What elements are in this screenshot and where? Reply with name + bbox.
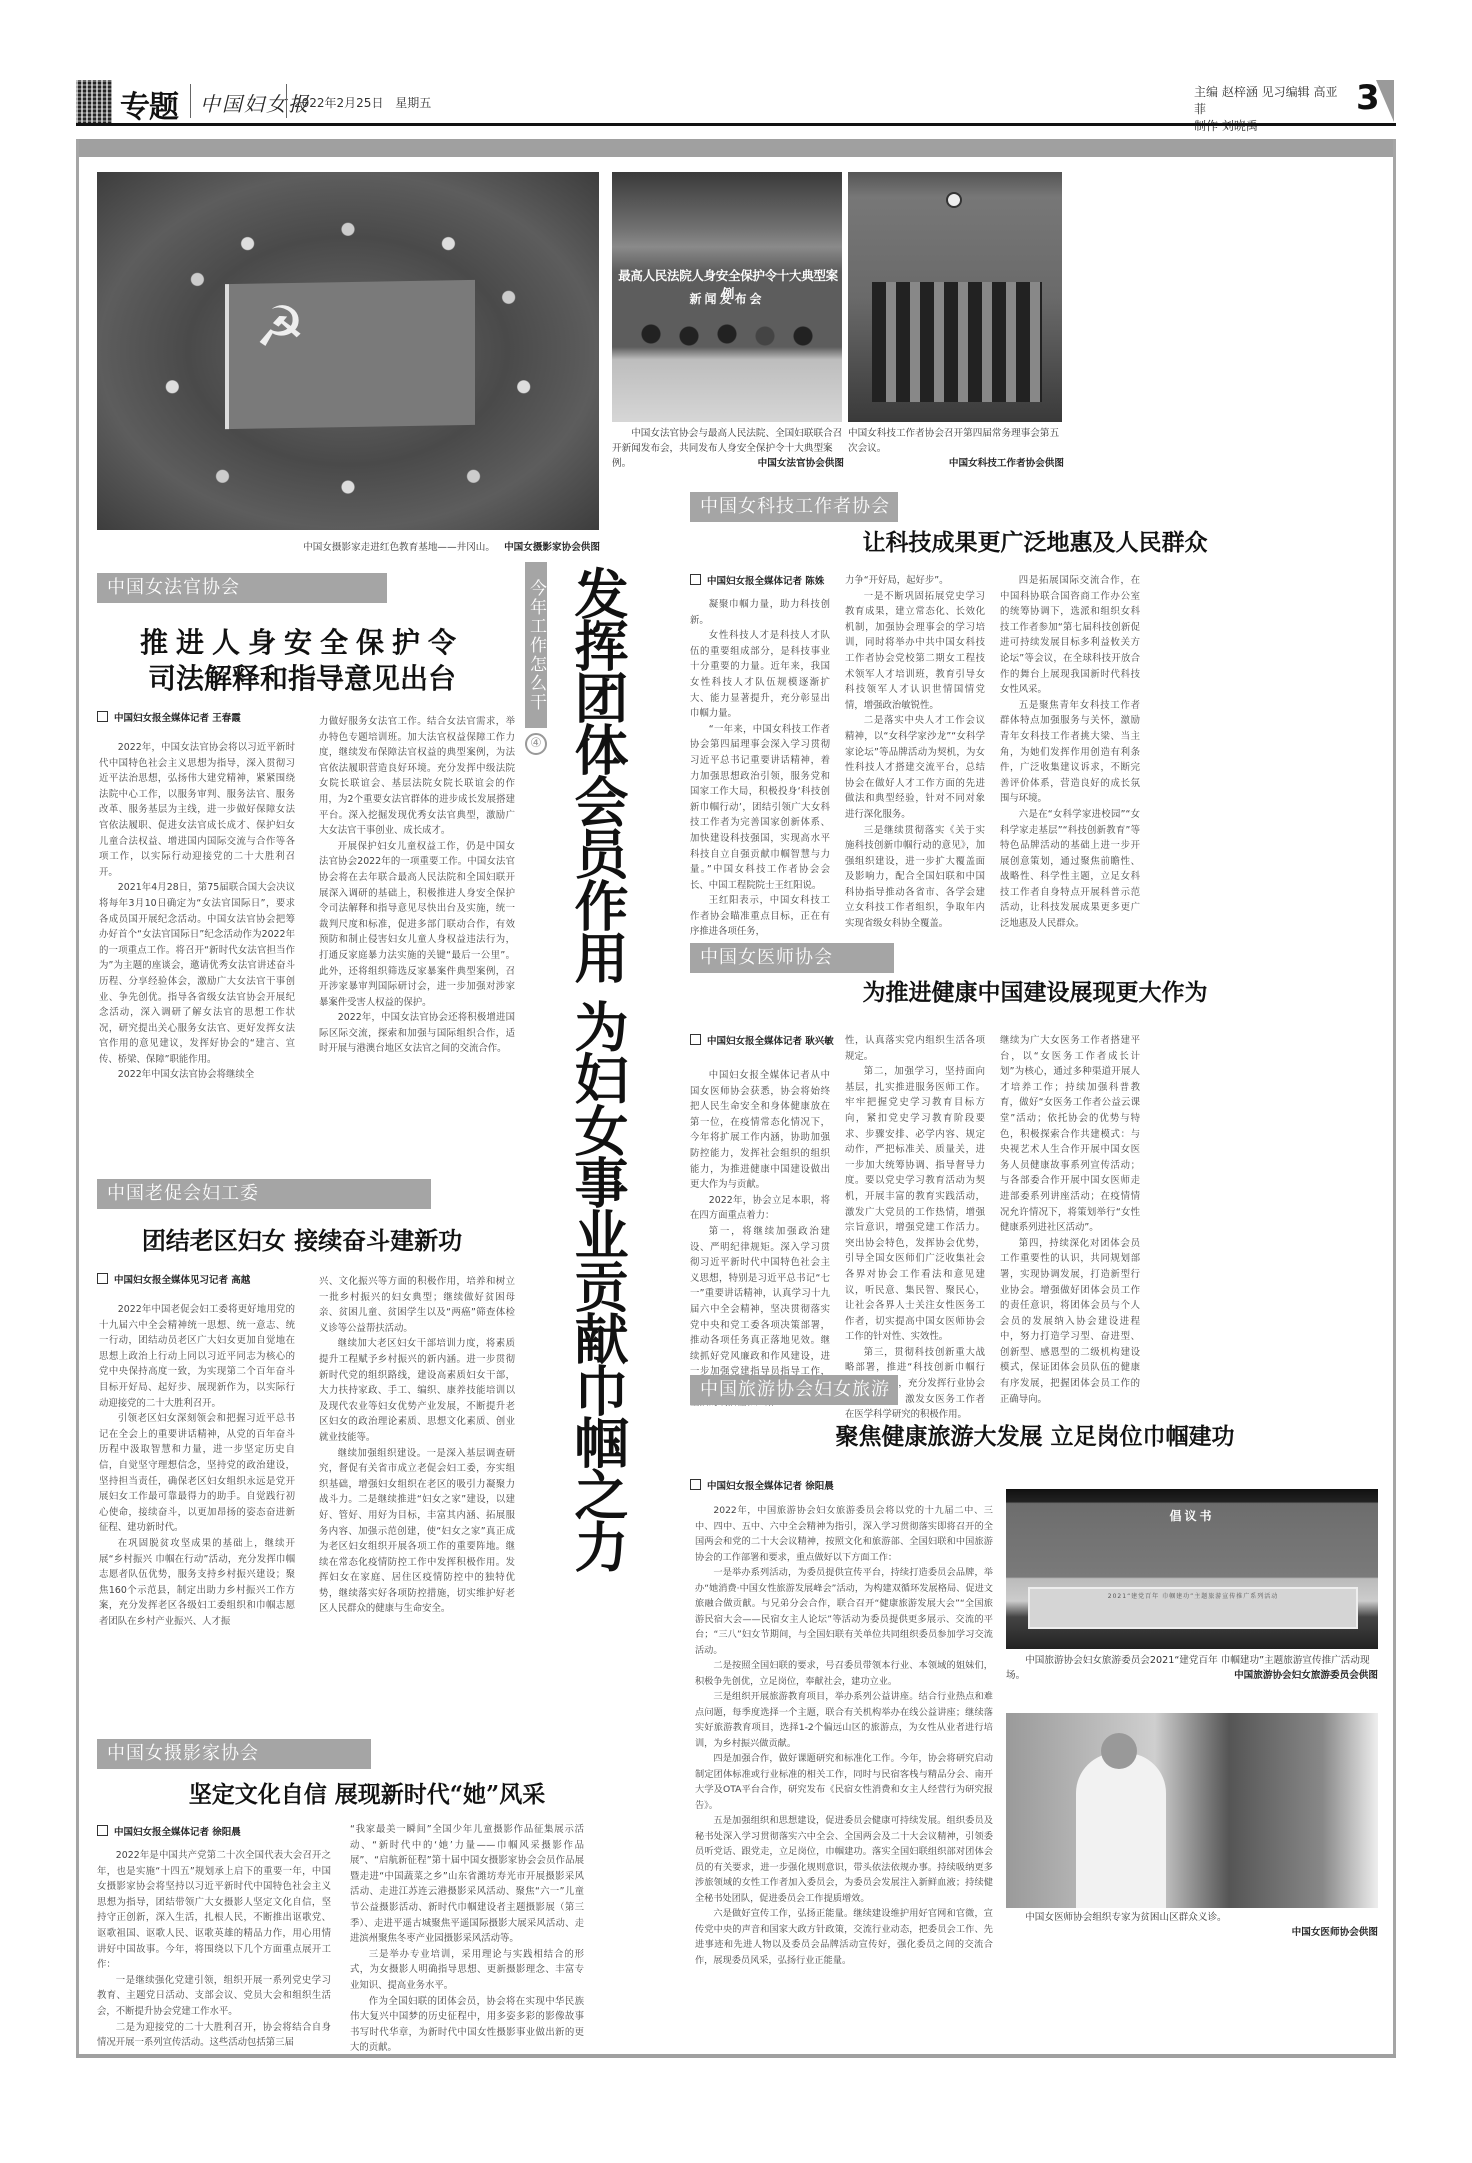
page-number: 3 bbox=[1346, 80, 1394, 122]
paragraph: 2021年4月28日，第75届联合国大会决议将每年3月10日确定为“女法官国际日… bbox=[99, 880, 295, 1067]
photo-free-clinic[interactable] bbox=[1006, 1713, 1378, 1908]
clock-icon bbox=[946, 192, 962, 208]
panel-people bbox=[632, 322, 822, 362]
byline: 中国妇女报全媒体记者 徐阳晨 bbox=[97, 1824, 241, 1838]
paragraph: 兴、文化振兴等方面的积极作用，培养和树立一批乡村振兴的妇女典型；继续做好贫困母亲… bbox=[319, 1274, 515, 1336]
banner-text: 2021“建党百年 巾帼建功”主题旅游宣传推广系列活动 bbox=[1030, 1591, 1356, 1600]
paragraph: 第四，持续深化对团体会员工作重要性的认识，共同规划部署，实现协调发展，打造新型行… bbox=[1000, 1236, 1140, 1408]
paragraph: 二是按照全国妇联的要求，号召委员带领本行业、本领域的姐妹们，积极争先创优，立足岗… bbox=[695, 1658, 993, 1689]
paragraph: 性，认真落实党内组织生活各项规定。 bbox=[845, 1033, 985, 1064]
date: 2022年2月25日 bbox=[294, 96, 383, 110]
byline: 中国妇女报全媒体见习记者 高越 bbox=[97, 1272, 250, 1286]
paragraph: 作为全国妇联的团体会员，协会将在实现中华民族伟大复兴中国梦的历史征程中，用多姿多… bbox=[350, 1994, 584, 2056]
editors-line-1: 主编 赵梓涵 见习编辑 高亚菲 bbox=[1194, 84, 1344, 118]
series-tag: 今年工作怎么干 bbox=[525, 562, 547, 728]
paragraph: 王红阳表示，中国女科技工作者协会瞄准重点目标，正在有序推进各项任务， bbox=[690, 893, 830, 940]
page-corner-triangle bbox=[1376, 80, 1394, 122]
article-column: 兴、文化振兴等方面的积极作用，培养和树立一批乡村振兴的妇女典型；继续做好贫困母亲… bbox=[319, 1274, 515, 1617]
photo-credit: 中国女医师协会供图 bbox=[1292, 1925, 1378, 1940]
masthead-rule bbox=[76, 123, 1396, 126]
board-title: 倡议书 bbox=[1006, 1507, 1378, 1524]
article-column: 凝聚巾帼力量，助力科技创新。 女性科技人才是科技人才队伍的重要组成部分，是科技事… bbox=[690, 597, 830, 940]
photo-court-press-conference[interactable]: 最高人民法院人身安全保护令十大典型案例 新闻发布会 bbox=[612, 172, 842, 422]
caption-text: 中国女医师协会组织专家为贫困山区群众义诊。 bbox=[1006, 1910, 1378, 1925]
photo-science-group[interactable] bbox=[848, 172, 1062, 422]
caption-text: 中国女科技工作者协会召开第四届常务理事会第五次会议。 bbox=[848, 426, 1064, 456]
paragraph: 2022年，协会立足本职，将在四方面重点着力： bbox=[690, 1193, 830, 1224]
event-banner: 2021“建党百年 巾帼建功”主题旅游宣传推广系列活动 bbox=[1028, 1587, 1358, 1629]
article-column: “我家最美一瞬间”全国少年儿童摄影作品征集展示活动、“新时代中的‘她’力量——巾… bbox=[350, 1822, 584, 2056]
paragraph: 一是举办系列活动，为委员提供宣传平台，持续打造委员会品牌，举办“她消费·中国女性… bbox=[695, 1565, 993, 1658]
paragraph: 引领老区妇女深刻领会和把握习近平总书记在全会上的重要讲话精神，从党的百年奋斗历程… bbox=[99, 1411, 295, 1536]
paragraph: 四是拓展国际交流合作，在中国科协联合国咨商工作办公室的统筹协调下，选派和组织女科… bbox=[1000, 573, 1140, 698]
front-row-figures bbox=[872, 322, 1042, 402]
photo-credit: 中国女科技工作者协会供图 bbox=[949, 456, 1064, 471]
paragraph: 凝聚巾帼力量，助力科技创新。 bbox=[690, 597, 830, 628]
paragraph: 五是聚焦青年女科技工作者群体特点加强服务与关怀，激励青年女科技工作者挑大梁、当主… bbox=[1000, 698, 1140, 807]
photo-credit: 中国旅游协会妇女旅游委员会供图 bbox=[1234, 1668, 1378, 1683]
article-column: 力争“开好局，起好步”。 一是不断巩固拓展党史学习教育成果，建立常态化、长效化机… bbox=[845, 573, 985, 932]
divider bbox=[190, 84, 191, 118]
paragraph: 二是为迎接党的二十大胜利召开，协会将结合自身情况开展一系列宣传活动。这些活动包括… bbox=[97, 2020, 331, 2051]
photo-credit: 中国女摄影家协会供图 bbox=[504, 542, 600, 553]
section-bar-tourism: 中国旅游协会妇女旅游委员会 bbox=[690, 1375, 898, 1405]
paragraph: 2022年中国女法官协会将继续全 bbox=[99, 1067, 295, 1083]
paragraph: 2022年，中国女法官协会将以习近平新时代中国特色社会主义思想为指导，深入贯彻习… bbox=[99, 740, 295, 880]
photo-caption-group: 中国女科技工作者协会召开第四届常务理事会第五次会议。 中国女科技工作者协会供图 bbox=[848, 426, 1064, 471]
paragraph: “我家最美一瞬间”全国少年儿童摄影作品征集展示活动、“新时代中的‘她’力量——巾… bbox=[350, 1822, 584, 1947]
photo-tourism-event[interactable]: 倡议书 2021“建党百年 巾帼建功”主题旅游宣传推广系列活动 bbox=[1006, 1489, 1378, 1649]
doctor-figure bbox=[1076, 1753, 1166, 1908]
photo-caption-tourism: 中国旅游协会妇女旅游委员会2021“建党百年 巾帼建功”主题旅游宣传推广活动现场… bbox=[1006, 1653, 1378, 1683]
paragraph: 六是在“女科学家进校园”“女科学家走基层”“科技创新教育”等特色品牌活动的基础上… bbox=[1000, 807, 1140, 932]
paragraph: “一年来，中国女科技工作者协会第四届理事会深入学习贯彻习近平总书记重要讲话精神，… bbox=[690, 722, 830, 894]
paragraph: 三是举办专业培训，采用理论与实践相结合的形式，为女摄影人明确指导思想、更新摄影理… bbox=[350, 1947, 584, 1994]
paragraph: 三是组织开展旅游教育项目，举办系列公益讲座。结合行业热点和难点问题，每季度选择一… bbox=[695, 1689, 993, 1751]
paragraph: 一是继续强化党建引领，组织开展一系列党史学习教育、主题党日活动、支部会议、党员大… bbox=[97, 1973, 331, 2020]
byline: 中国妇女报全媒体记者 陈姝 bbox=[690, 573, 824, 587]
back-row-figures bbox=[872, 282, 1042, 322]
issue-date: 2022年2月25日 星期五 bbox=[294, 94, 439, 111]
editor-credits: 主编 赵梓涵 见习编辑 高亚菲 制作 刘晓禹 bbox=[1194, 84, 1344, 135]
article-column: 继续为广大女医务工作者搭建平台，以“女医务工作者成长计划”为核心，通过多种渠道开… bbox=[1000, 1033, 1140, 1407]
section-bar-science: 中国女科技工作者协会 bbox=[690, 492, 898, 522]
paragraph: 在巩固脱贫攻坚成果的基础上，继续开展“乡村振兴 巾帼在行动”活动，充分发挥巾帼志… bbox=[99, 1536, 295, 1630]
paragraph: 三是继续贯彻落实《关于实施科技创新巾帼行动的意见》，加强组织建设，进一步扩大覆盖… bbox=[845, 823, 985, 932]
photo-caption-doctor: 中国女医师协会组织专家为贫困山区群众义诊。 中国女医师协会供图 bbox=[1006, 1910, 1378, 1940]
photo-party-flag[interactable]: ☭ bbox=[97, 172, 599, 530]
paragraph: 第二，加强学习，坚持面向基层，扎实推进服务医师工作。牢牢把握党史学习教育目标方向… bbox=[845, 1064, 985, 1345]
caption-text: 中国女摄影家走进红色教育基地——井冈山。 bbox=[303, 542, 495, 553]
weekday: 星期五 bbox=[395, 96, 431, 110]
article-column: 2022年，中国旅游协会妇女旅游委员会将以党的十九届二中、三中、四中、五中、六中… bbox=[695, 1503, 993, 1968]
paragraph: 2022年是中国共产党第二十次全国代表大会召开之年，也是实施“十四五”规划承上启… bbox=[97, 1848, 331, 1973]
paragraph: 女性科技人才是科技人才队伍的重要组成部分，是科技事业十分重要的力量。近年来，我国… bbox=[690, 628, 830, 722]
editors-line-2: 制作 刘晓禹 bbox=[1194, 118, 1344, 135]
paragraph: 四是加强合作，做好课题研究和标准化工作。今年，协会将研究启动制定团体标准或行业标… bbox=[695, 1751, 993, 1813]
paragraph: 六是做好宣传工作，弘扬正能量。继续建设维护用好官网和官微，宣传党中央的声音和国家… bbox=[695, 1906, 993, 1968]
section-title: 专题 bbox=[120, 82, 178, 126]
article-column: 中国妇女报全媒体记者从中国女医师协会获悉，协会将始终把人民生命安全和身体健康放在… bbox=[690, 1068, 830, 1411]
masthead: 专题 中国妇女报 2022年2月25日 星期五 主编 赵梓涵 见习编辑 高亚菲 … bbox=[76, 80, 1396, 122]
byline: 中国妇女报全媒体记者 王春霞 bbox=[97, 710, 241, 724]
section-bar-old-areas: 中国老促会妇工委 bbox=[97, 1179, 431, 1209]
section-bar-photographers: 中国女摄影家协会 bbox=[97, 1739, 371, 1769]
doctor-head bbox=[1101, 1733, 1137, 1769]
paragraph: 力做好服务女法官工作。结合女法官需求，举办特色专题培训班。加大法官权益保障工作力… bbox=[319, 714, 515, 839]
banner-subtitle: 新闻发布会 bbox=[612, 290, 842, 307]
article-column: 2022年是中国共产党第二十次全国代表大会召开之年，也是实施“十四五”规划承上启… bbox=[97, 1848, 331, 2051]
article-column: 性，认真落实党内组织生活各项规定。 第二，加强学习，坚持面向基层，扎实推进服务医… bbox=[845, 1033, 985, 1423]
headline-science: 让科技成果更广泛地惠及人民群众 bbox=[690, 526, 1380, 560]
paragraph: 中国妇女报全媒体记者从中国女医师协会获悉，协会将始终把人民生命安全和身体健康放在… bbox=[690, 1068, 830, 1193]
paragraph: 五是加强组织和思想建设，促进委员会健康可持续发展。组织委员及秘书处深入学习贯彻落… bbox=[695, 1813, 993, 1906]
headline-old-areas: 团结老区妇女 接续奋斗建新功 bbox=[97, 1225, 507, 1257]
article-column: 2022年，中国女法官协会将以习近平新时代中国特色社会主义思想为指导，深入贯彻习… bbox=[99, 740, 295, 1083]
paragraph: 2022年，中国旅游协会妇女旅游委员会将以党的十九届二中、三中、四中、五中、六中… bbox=[695, 1503, 993, 1565]
byline: 中国妇女报全媒体记者 耿兴敏 bbox=[690, 1033, 834, 1047]
headline-judges: 推进人身安全保护令 司法解释和指导意见出台 bbox=[97, 625, 507, 697]
photo-caption-court: 中国女法官协会与最高人民法院、全国妇联联合召开新闻发布会，共同发布人身安全保护令… bbox=[612, 426, 844, 471]
photo-credit: 中国女法官协会供图 bbox=[758, 456, 844, 471]
headline-line: 司法解释和指导意见出台 bbox=[97, 661, 507, 697]
paragraph: 开展保护妇女儿童权益工作，仍是中国女法官协会2022年的一项重要工作。中国女法官… bbox=[319, 839, 515, 1011]
byline: 中国妇女报全媒体记者 徐阳晨 bbox=[690, 1478, 834, 1492]
headline-photographers: 坚定文化自信 展现新时代“她”风采 bbox=[97, 1779, 637, 1811]
feature-headline: 发挥团体会员作用 为妇女事业贡献巾帼之力 bbox=[561, 566, 623, 1571]
article-column: 力做好服务女法官工作。结合女法官需求，举办特色专题培训班。加大法官权益保障工作力… bbox=[319, 714, 515, 1057]
headline-line: 推进人身安全保护令 bbox=[97, 625, 507, 661]
paragraph: 力争“开好局，起好步”。 bbox=[845, 573, 985, 589]
article-column: 2022年中国老促会妇工委将更好地用党的十九届六中全会精神统一思想、统一意志、统… bbox=[99, 1302, 295, 1629]
qr-code-icon[interactable] bbox=[76, 80, 112, 124]
headline-physicians: 为推进健康中国建设展现更大作为 bbox=[690, 976, 1380, 1010]
divider bbox=[286, 84, 287, 118]
hammer-sickle-icon: ☭ bbox=[255, 300, 305, 356]
headline-tourism: 聚焦健康旅游大发展 立足岗位巾帼建功 bbox=[690, 1420, 1380, 1454]
paragraph: 继续加强组织建设。一是深入基层调查研究，督促有关省市成立老促会妇工委，夯实组织基… bbox=[319, 1446, 515, 1618]
paragraph: 2022年中国老促会妇工委将更好地用党的十九届六中全会精神统一思想、统一意志、统… bbox=[99, 1302, 295, 1411]
paragraph: 一是不断巩固拓展党史学习教育成果，建立常态化、长效化机制，加强协会理事会的学习培… bbox=[845, 589, 985, 714]
section-bar-physicians: 中国女医师协会 bbox=[690, 943, 894, 973]
paragraph: 继续加大老区妇女干部培训力度，将素质提升工程赋予乡村振兴的新内涵。进一步贯彻新时… bbox=[319, 1336, 515, 1445]
paragraph: 二是落实中央人才工作会议精神，以“女科学家沙龙”“女科学家论坛”等品牌活动为契机… bbox=[845, 713, 985, 822]
frame-bottom-band bbox=[76, 2054, 1396, 2058]
article-column: 四是拓展国际交流合作，在中国科协联合国咨商工作办公室的统筹协调下，选派和组织女科… bbox=[1000, 573, 1140, 932]
paragraph: 继续为广大女医务工作者搭建平台，以“女医务工作者成长计划”为核心，通过多种渠道开… bbox=[1000, 1033, 1140, 1236]
series-number: ④ bbox=[525, 733, 547, 755]
section-bar-judges: 中国女法官协会 bbox=[97, 573, 387, 603]
photo-caption-flag: 中国女摄影家走进红色教育基地——井冈山。 中国女摄影家协会供图 bbox=[240, 540, 600, 555]
paragraph: 2022年，中国女法官协会还将积极增进国际区际交流，探索和加强与国际组织合作，适… bbox=[319, 1010, 515, 1057]
